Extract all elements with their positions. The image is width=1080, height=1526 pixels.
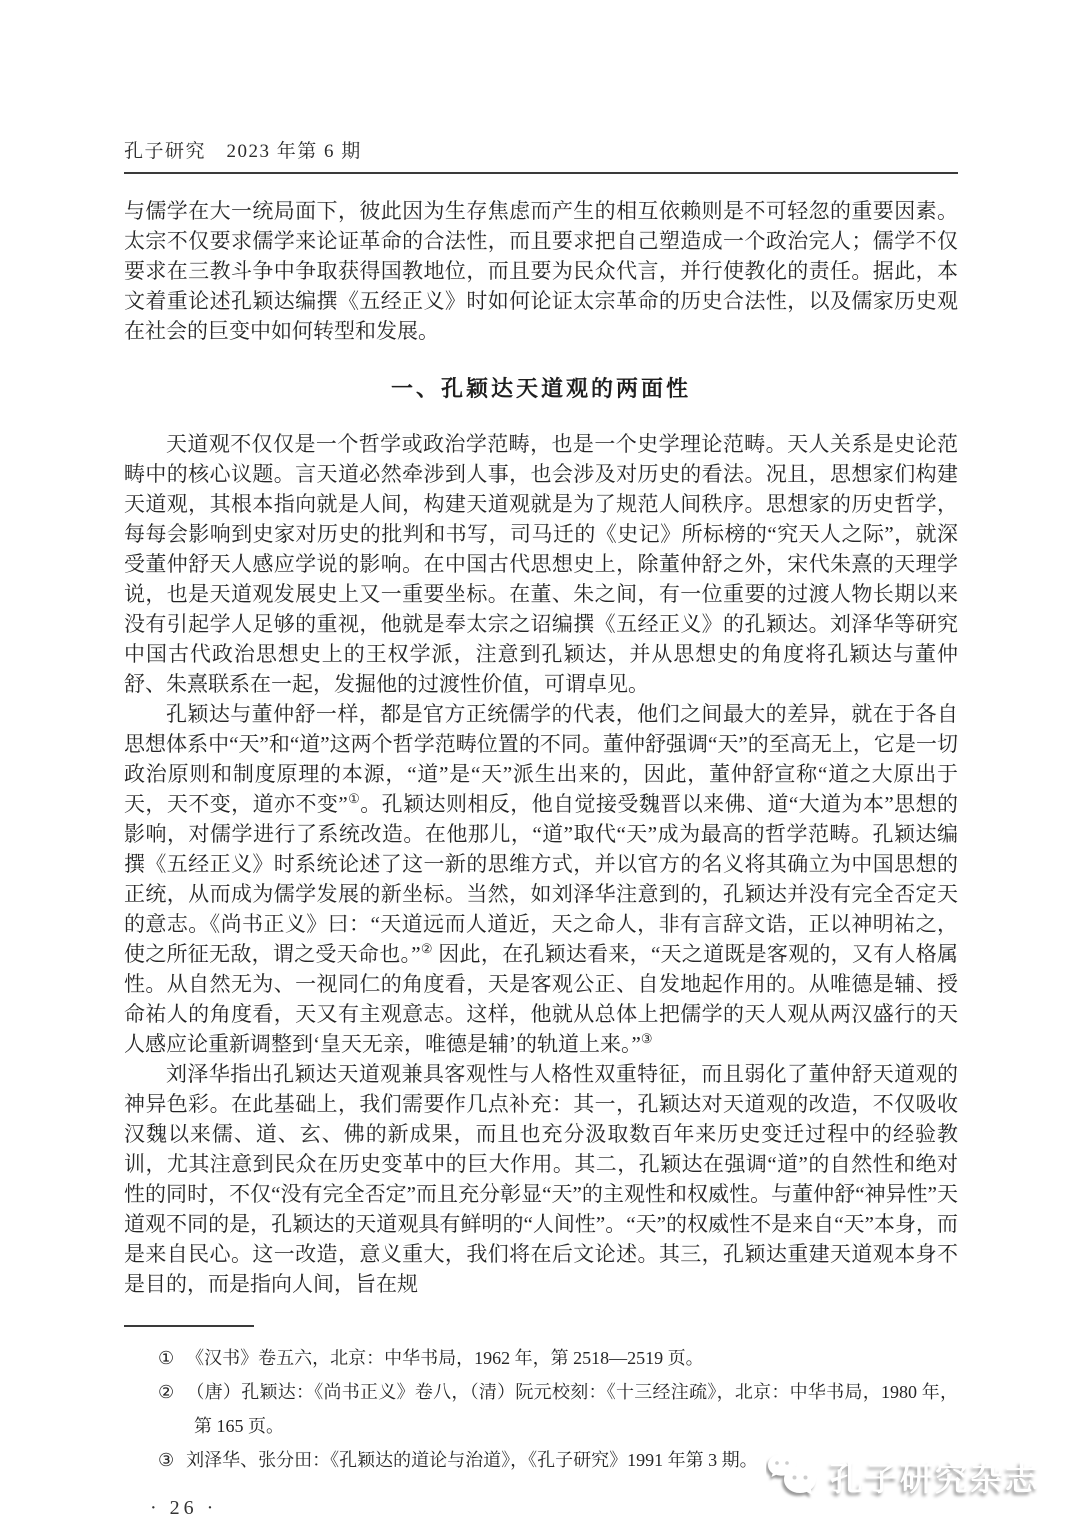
paragraph: 孔颖达与董仲舒一样，都是官方正统儒学的代表，他们之间最大的差异，就在于各自思想体…	[124, 699, 958, 1059]
wechat-icon	[766, 1452, 818, 1500]
footnote-text: 刘泽华、张分田：《孔颖达的道论与治道》，《孔子研究》1991 年第 3 期。	[186, 1450, 758, 1470]
article-body: 与儒学在大一统局面下，彼此因为生存焦虑而产生的相互依赖则是不可轻忽的重要因素。太…	[124, 196, 958, 1299]
page-number: · 26 ·	[150, 1497, 958, 1520]
header-divider	[124, 172, 958, 174]
footnote-text: （唐）孔颖达：《尚书正义》卷八，（清）阮元校刻：《十三经注疏》，北京：中华书局，…	[186, 1382, 958, 1436]
document-page: 孔子研究 2023 年第 6 期 与儒学在大一统局面下，彼此因为生存焦虑而产生的…	[0, 0, 1080, 1526]
footnote: ①《汉书》卷五六，北京：中华书局，1962 年，第 2518—2519 页。	[124, 1341, 958, 1375]
watermark: 孔子研究杂志	[766, 1452, 1040, 1500]
journal-header: 孔子研究 2023 年第 6 期	[124, 136, 958, 163]
footnote-divider	[124, 1325, 254, 1327]
page-content: 孔子研究 2023 年第 6 期 与儒学在大一统局面下，彼此因为生存焦虑而产生的…	[124, 136, 958, 1520]
footnote-marker: ③	[158, 1450, 174, 1470]
watermark-label: 孔子研究杂志	[830, 1453, 1040, 1500]
footnote: ②（唐）孔颖达：《尚书正义》卷八，（清）阮元校刻：《十三经注疏》，北京：中华书局…	[124, 1375, 958, 1443]
paragraph-intro: 与儒学在大一统局面下，彼此因为生存焦虑而产生的相互依赖则是不可轻忽的重要因素。太…	[124, 196, 958, 346]
footnote-marker: ②	[158, 1382, 174, 1402]
paragraph: 刘泽华指出孔颖达天道观兼具客观性与人格性双重特征，而且弱化了董仲舒天道观的神异色…	[124, 1059, 958, 1299]
paragraph: 天道观不仅仅是一个哲学或政治学范畴，也是一个史学理论范畴。天人关系是史论范畴中的…	[124, 429, 958, 699]
section-heading: 一、孔颖达天道观的两面性	[124, 372, 958, 403]
footnote-marker: ①	[158, 1348, 174, 1368]
footnote-text: 《汉书》卷五六，北京：中华书局，1962 年，第 2518—2519 页。	[186, 1348, 704, 1368]
